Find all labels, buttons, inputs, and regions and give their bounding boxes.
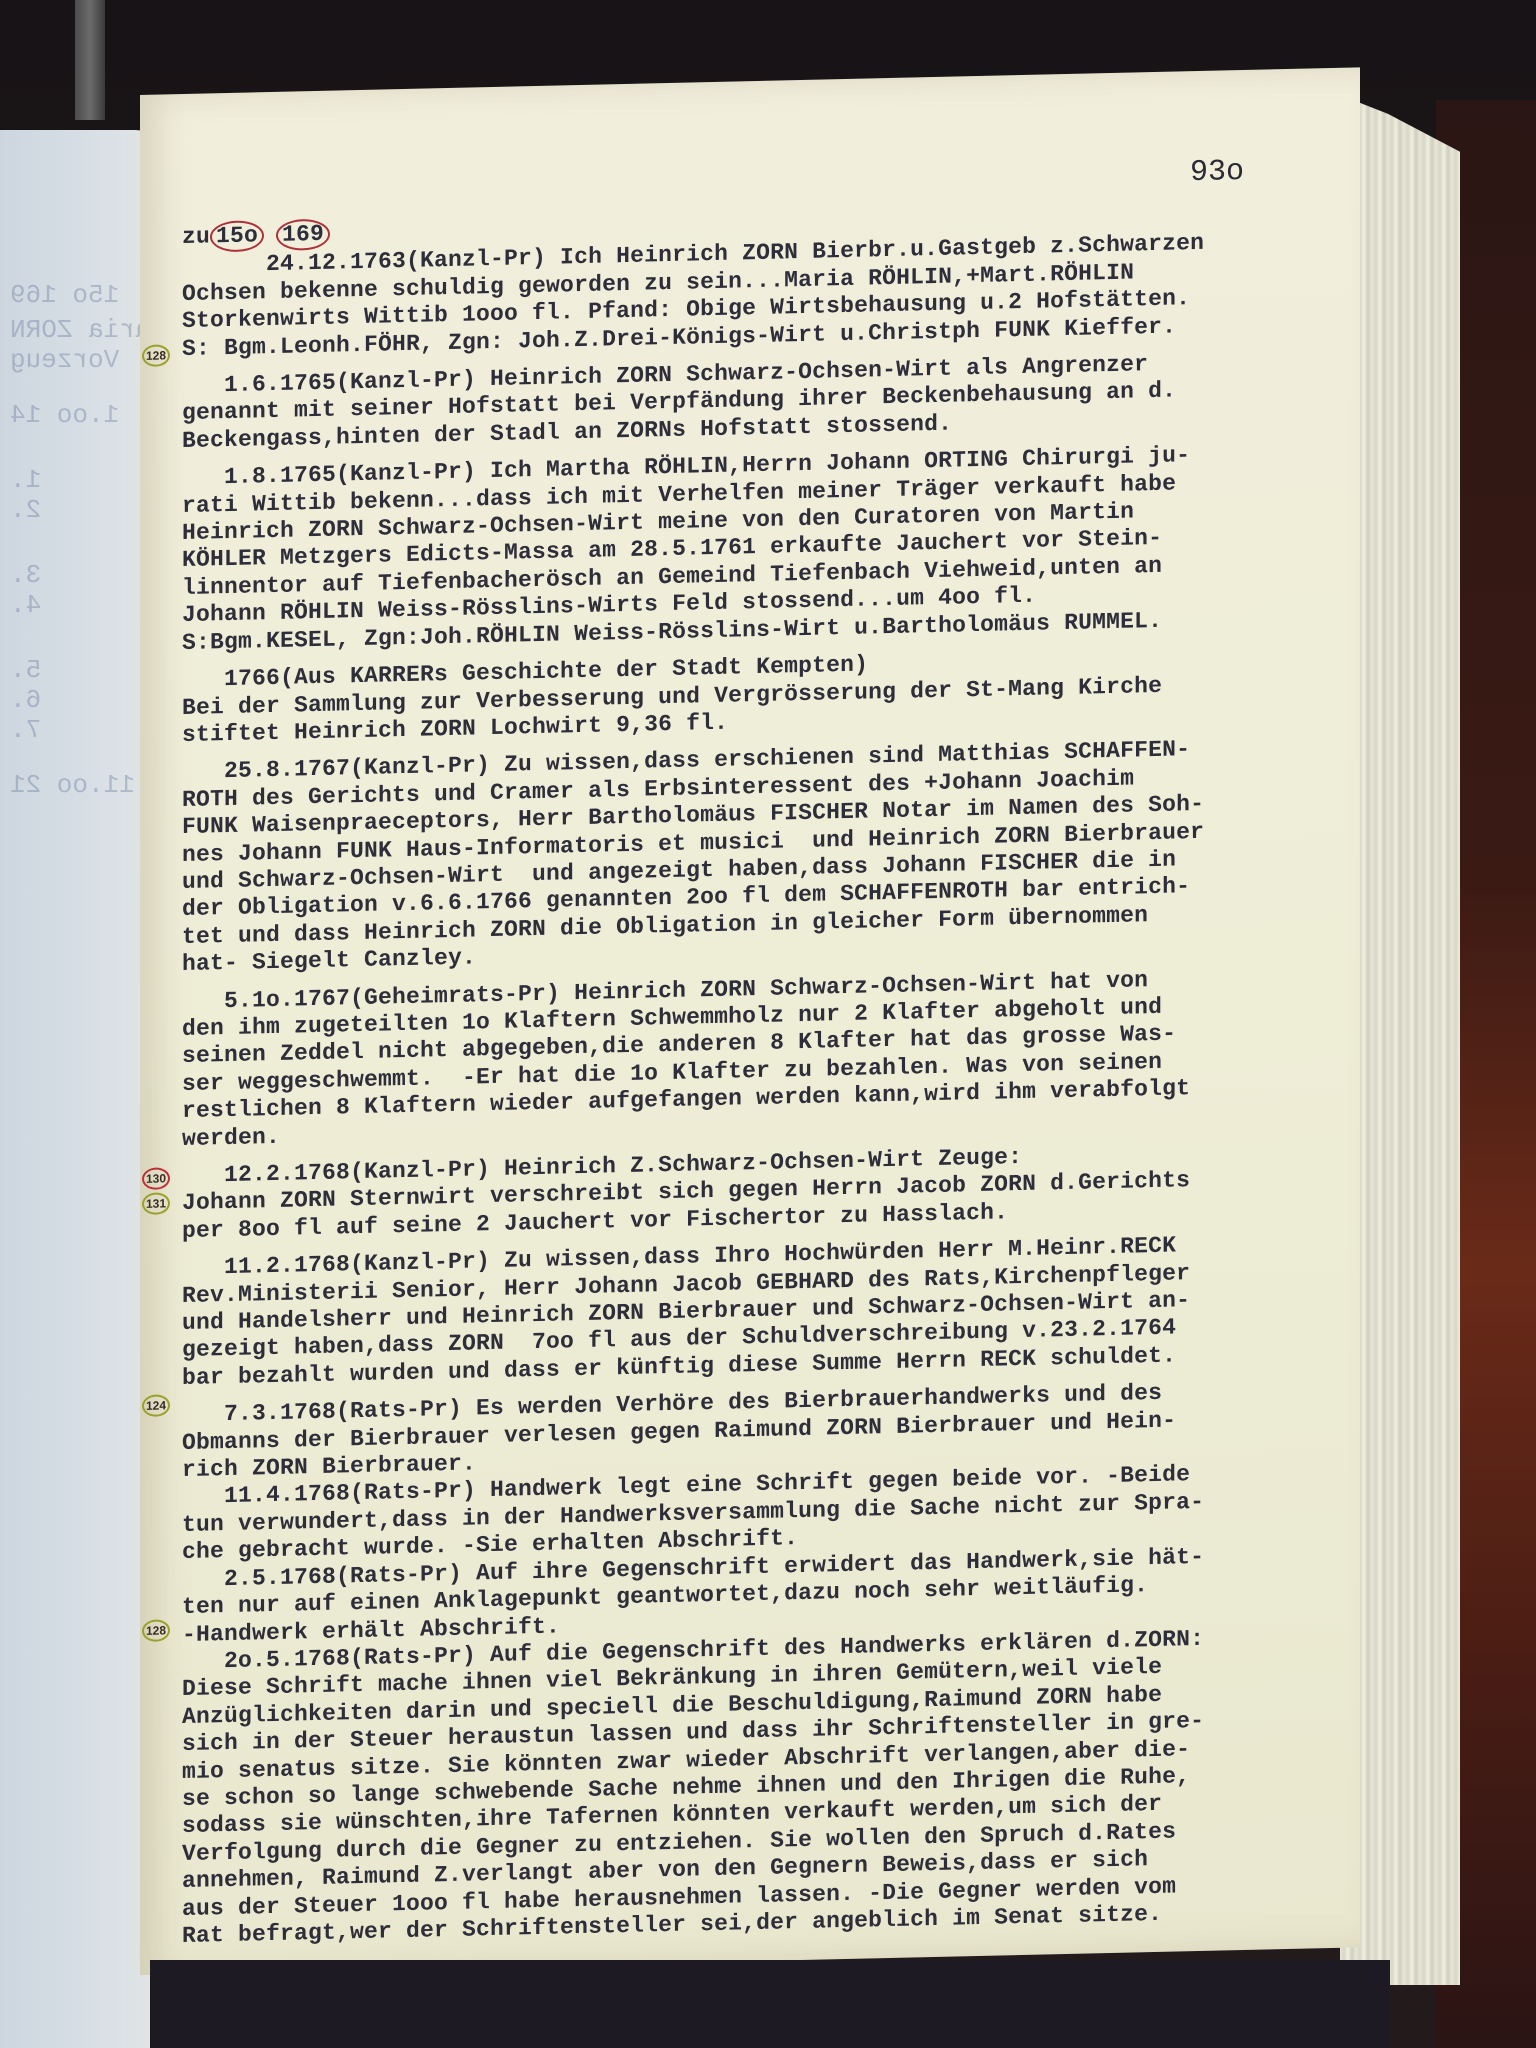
margin-annotation: 124 xyxy=(142,1394,170,1417)
margin-annotation: 130 xyxy=(142,1167,170,1190)
typewritten-text: zu15o 169 24.12.1763(Kanzl-Pr) Ich Heinr… xyxy=(182,196,1342,1961)
entry-1766: 1766(Aus KARRERs Geschichte der Stadt Ke… xyxy=(182,641,1342,750)
reference-circle: 169 xyxy=(276,219,330,252)
background-post xyxy=(75,0,105,120)
page-number: 93o xyxy=(1190,155,1244,190)
margin-annotation: 128 xyxy=(142,344,170,367)
right-page: 93o 128 130 131 124 128 zu15o 169 24.12.… xyxy=(140,67,1360,1975)
entry-1765-06-01: 1.6.1765(Kanzl-Pr) Heinrich ZORN Schwarz… xyxy=(182,347,1342,456)
margin-annotation: 131 xyxy=(142,1192,170,1215)
book-photo-scene: 15o 169 Maria ZORN Vorzeug 1.oo 14 1. 2.… xyxy=(0,0,1536,2048)
entry-1767-10-05: 5.1o.1767(Geheimrats-Pr) Heinrich ZORN S… xyxy=(182,962,1342,1153)
entry-1768-02-11: 11.2.1768(Kanzl-Pr) Zu wissen,dass Ihro … xyxy=(182,1229,1342,1392)
entry-1767-08-25: 25.8.1767(Kanzl-Pr) Zu wissen,dass ersch… xyxy=(182,733,1342,979)
book-bottom-shadow xyxy=(150,1960,1390,2048)
margin-annotation: 128 xyxy=(142,1619,170,1642)
reference-circle: 15o xyxy=(210,220,264,253)
entry-1768-03-07: 7.3.1768(Rats-Pr) Es werden Verhöre des … xyxy=(182,1376,1342,1950)
entry-1768-02-12: 12.2.1768(Kanzl-Pr) Heinrich Z.Schwarz-O… xyxy=(182,1137,1342,1246)
entry-1765-08-01: 1.8.1765(Kanzl-Pr) Ich Martha RÖHLIN,Her… xyxy=(182,439,1342,657)
